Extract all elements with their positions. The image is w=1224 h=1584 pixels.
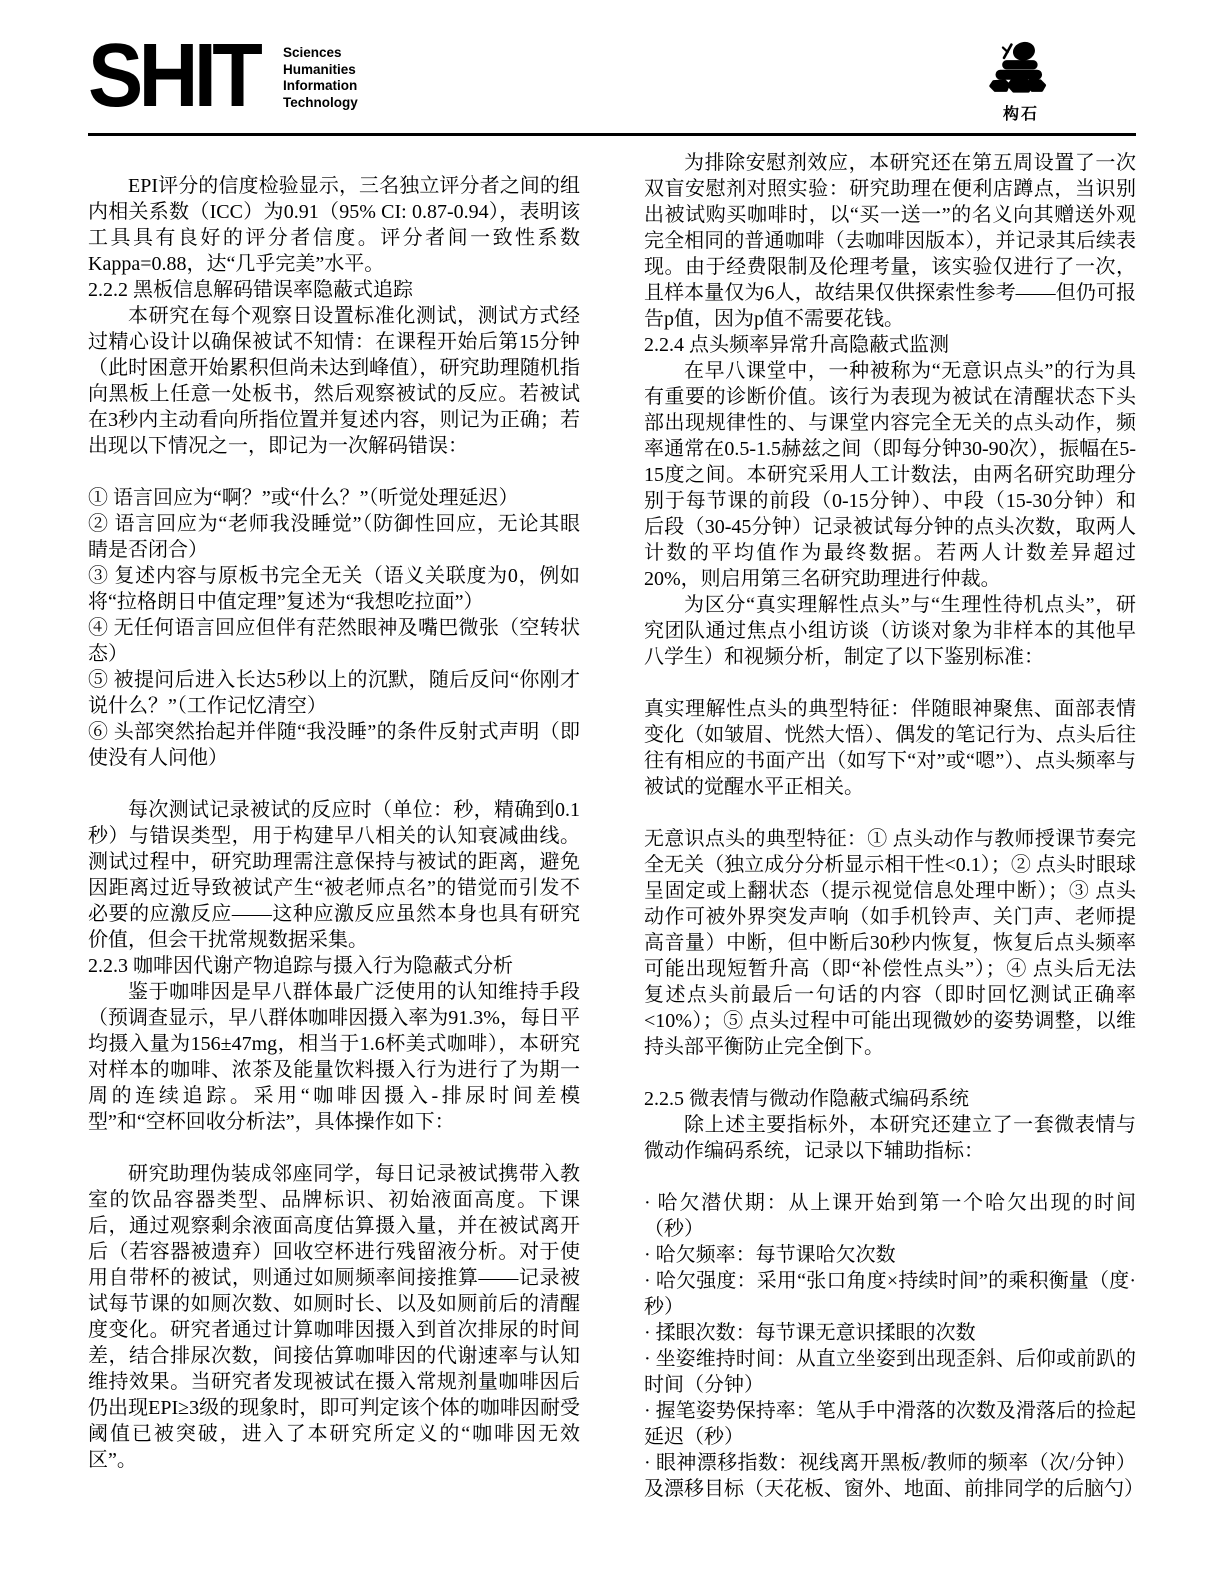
- list-item: 真实理解性点头的典型特征：伴随眼神聚焦、面部表情变化（如皱眉、恍然大悟）、偶发的…: [644, 696, 1136, 800]
- subtitle-line: Sciences: [283, 45, 358, 62]
- body-paragraph: EPI评分的信度检验显示，三名独立评分者之间的组内相关系数（ICC）为0.91（…: [88, 173, 580, 277]
- left-column: EPI评分的信度检验显示，三名独立评分者之间的组内相关系数（ICC）为0.91（…: [88, 150, 580, 1502]
- journal-logo-subtitle: Sciences Humanities Information Technolo…: [283, 45, 358, 111]
- list-item: · 哈欠频率：每节课哈欠次数: [644, 1242, 1136, 1268]
- list-item: ⑥ 头部突然抬起并伴随“我没睡”的条件反射式声明（即使没有人问他）: [88, 719, 580, 771]
- list-item: · 握笔姿势保持率：笔从手中滑落的次数及滑落后的捡起延迟（秒）: [644, 1398, 1136, 1450]
- body-paragraph: 除上述主要指标外，本研究还建立了一套微表情与微动作编码系统，记录以下辅助指标：: [644, 1112, 1136, 1164]
- section-heading: 2.2.5 微表情与微动作隐蔽式编码系统: [644, 1086, 1136, 1112]
- body-paragraph: 在早八课堂中，一种被称为“无意识点头”的行为具有重要的诊断价值。该行为表现为被试…: [644, 358, 1136, 592]
- section-heading: 2.2.2 黑板信息解码错误率隐蔽式追踪: [88, 277, 580, 303]
- blank-line: [88, 1135, 580, 1161]
- blank-line: [644, 1060, 1136, 1086]
- publisher-logo: 构石: [976, 38, 1066, 124]
- body-paragraph: 为排除安慰剂效应，本研究还在第五周设置了一次双盲安慰剂对照实验：研究助理在便利店…: [644, 150, 1136, 332]
- subtitle-line: Technology: [283, 95, 358, 112]
- blank-line: [644, 1164, 1136, 1190]
- page: SHIT Sciences Humanities Information Tec…: [0, 0, 1224, 1584]
- list-item: ⑤ 被提问后进入长达5秒以上的沉默，随后反问“你刚才说什么？”（工作记忆清空）: [88, 667, 580, 719]
- blank-line: [88, 771, 580, 797]
- journal-logo-text: SHIT: [88, 38, 258, 114]
- list-item: 无意识点头的典型特征：① 点头动作与教师授课节奏完全无关（独立成分分析显示相干性…: [644, 826, 1136, 1060]
- body-paragraph: 每次测试记录被试的反应时（单位：秒，精确到0.1秒）与错误类型，用于构建早八相关…: [88, 797, 580, 953]
- header-divider: [88, 133, 1136, 136]
- body-paragraph: 本研究在每个观察日设置标准化测试，测试方式经过精心设计以确保被试不知情：在课程开…: [88, 303, 580, 459]
- list-item: ④ 无任何语言回应但伴有茫然眼神及嘴巴微张（空转状态）: [88, 615, 580, 667]
- list-item: · 坐姿维持时间：从直立坐姿到出现歪斜、后仰或前趴的时间（分钟）: [644, 1346, 1136, 1398]
- article-body: EPI评分的信度检验显示，三名独立评分者之间的组内相关系数（ICC）为0.91（…: [88, 150, 1136, 1502]
- blank-line: [88, 459, 580, 485]
- section-heading: 2.2.3 咖啡因代谢产物追踪与摄入行为隐蔽式分析: [88, 953, 580, 979]
- stone-cairn-icon: [984, 38, 1058, 100]
- subtitle-line: Humanities: [283, 62, 358, 79]
- list-item: · 哈欠强度：采用“张口角度×持续时间”的乘积衡量（度·秒）: [644, 1268, 1136, 1320]
- blank-line: [644, 800, 1136, 826]
- list-item: ② 语言回应为“老师我没睡觉”（防御性回应，无论其眼睛是否闭合）: [88, 511, 580, 563]
- list-item: · 揉眼次数：每节课无意识揉眼的次数: [644, 1320, 1136, 1346]
- right-column: 为排除安慰剂效应，本研究还在第五周设置了一次双盲安慰剂对照实验：研究助理在便利店…: [644, 150, 1136, 1502]
- body-paragraph: 为区分“真实理解性点头”与“生理性待机点头”，研究团队通过焦点小组访谈（访谈对象…: [644, 592, 1136, 670]
- list-item: · 哈欠潜伏期：从上课开始到第一个哈欠出现的时间（秒）: [644, 1190, 1136, 1242]
- list-item: ③ 复述内容与原板书完全无关（语义关联度为0，例如将“拉格朗日中值定理”复述为“…: [88, 563, 580, 615]
- section-heading: 2.2.4 点头频率异常升高隐蔽式监测: [644, 332, 1136, 358]
- subtitle-line: Information: [283, 78, 358, 95]
- list-item: ① 语言回应为“啊？”或“什么？”（听觉处理延迟）: [88, 485, 580, 511]
- body-paragraph: 鉴于咖啡因是早八群体最广泛使用的认知维持手段（预调查显示，早八群体咖啡因摄入率为…: [88, 979, 580, 1135]
- blank-line: [644, 670, 1136, 696]
- body-paragraph: 研究助理伪装成邻座同学，每日记录被试携带入教室的饮品容器类型、品牌标识、初始液面…: [88, 1161, 580, 1473]
- list-item: · 眼神漂移指数：视线离开黑板/教师的频率（次/分钟）及漂移目标（天花板、窗外、…: [644, 1450, 1136, 1502]
- journal-brand: SHIT Sciences Humanities Information Tec…: [88, 36, 358, 114]
- publisher-name: 构石: [976, 101, 1066, 124]
- journal-header: SHIT Sciences Humanities Information Tec…: [88, 36, 1136, 130]
